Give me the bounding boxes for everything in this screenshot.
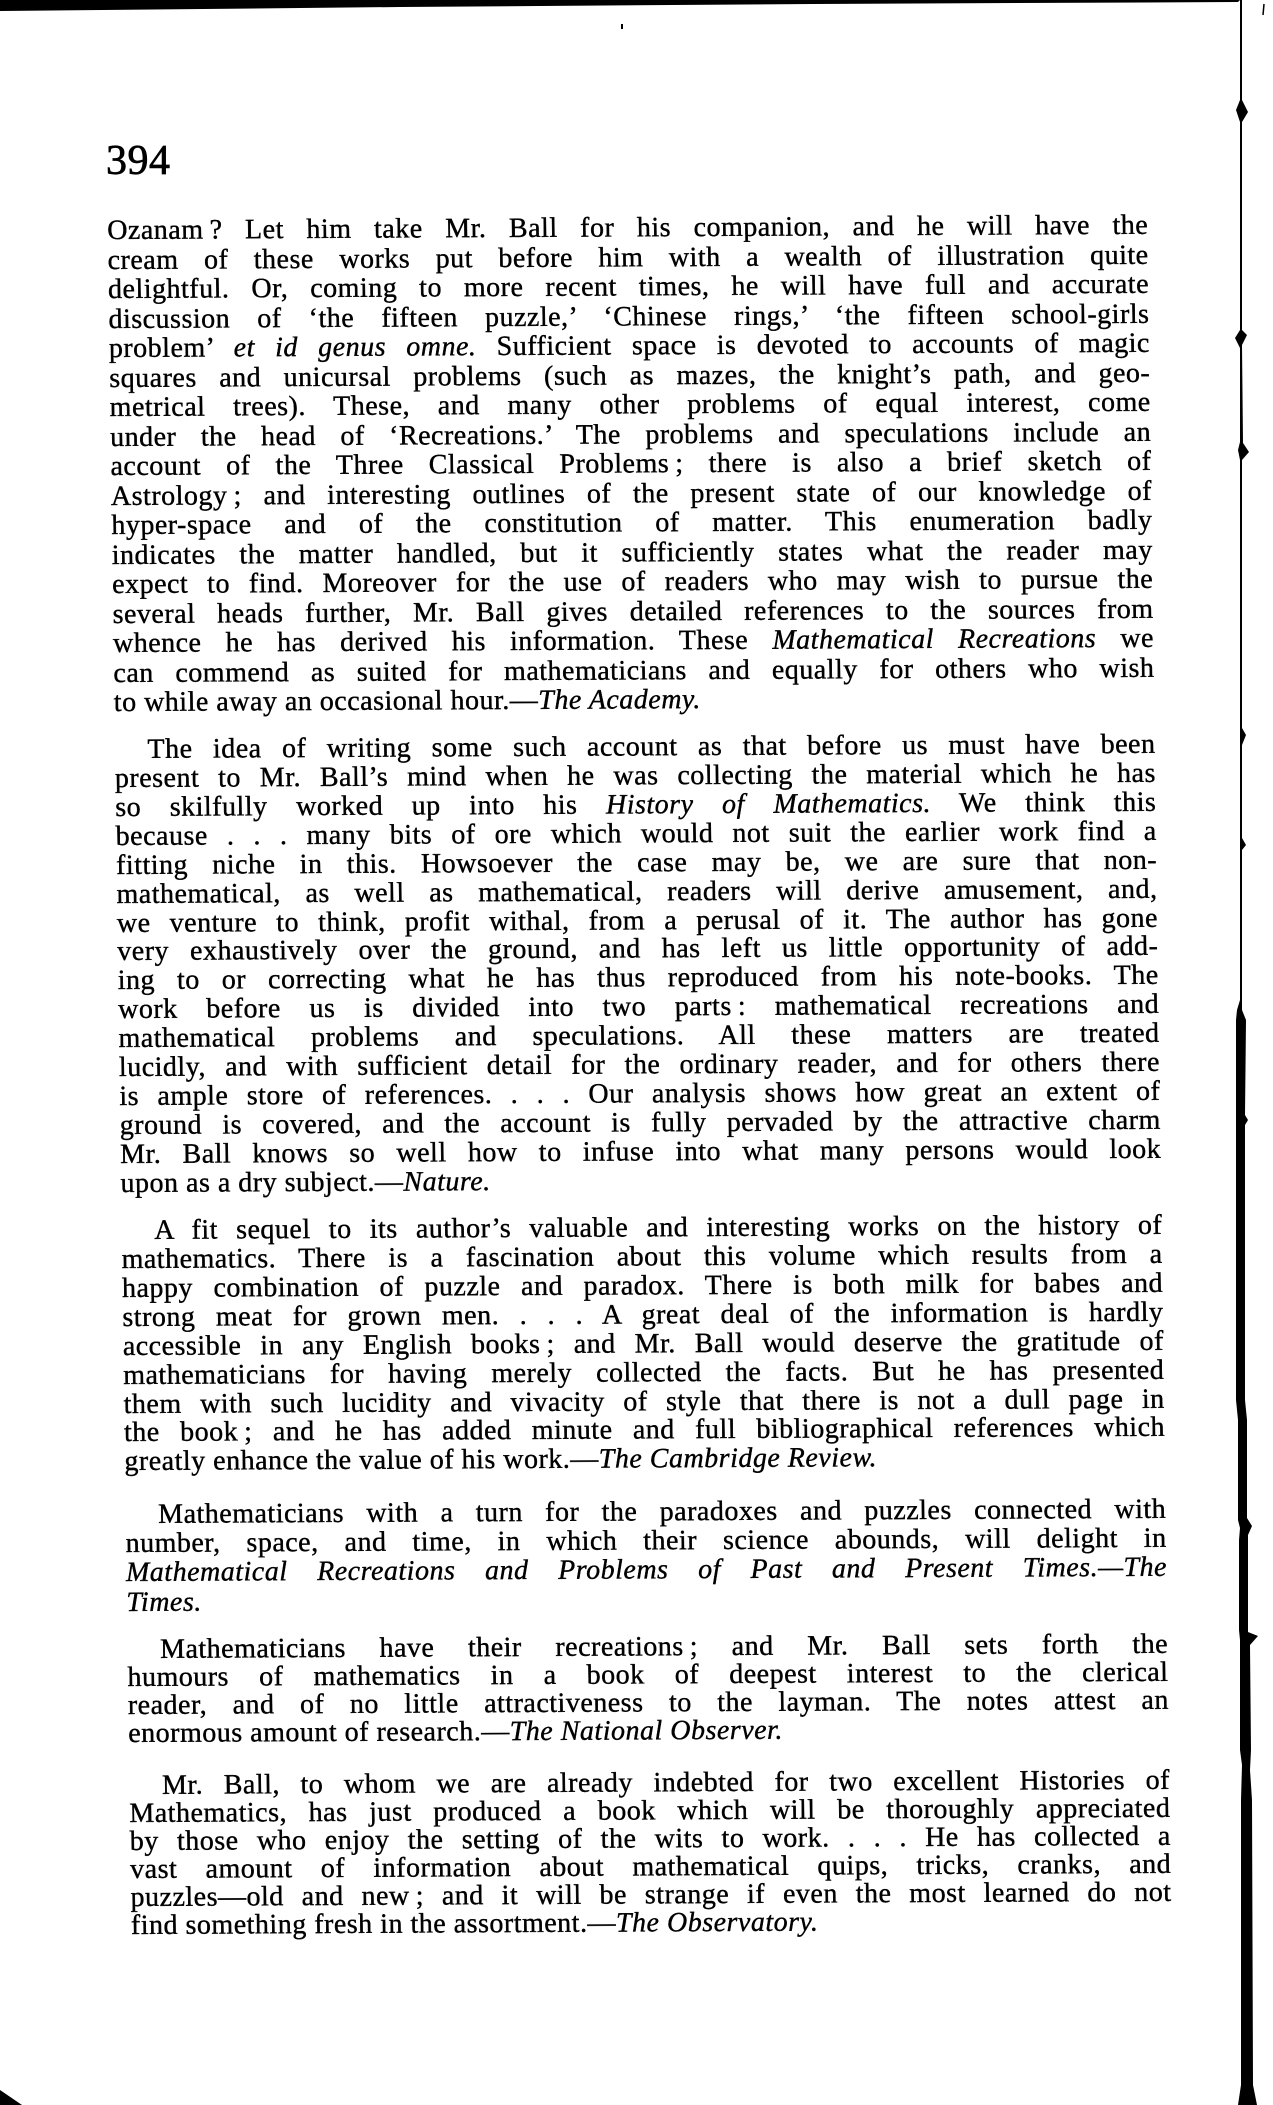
text-line: Mr. Ball knows so well how to infuse int… [120, 1136, 1161, 1170]
text-run: upon as a dry subject.— [120, 1166, 403, 1198]
text-run: problem’ [109, 332, 234, 364]
text-run: enormous amount of research.— [128, 1716, 510, 1749]
right-binding-edge [1235, 0, 1258, 2105]
italic-text: et id genus omne. [233, 331, 476, 363]
text-line: find something fresh in the assortment.—… [131, 1906, 1172, 1939]
text-line: to while away an occasional hour.—The Ac… [114, 683, 1155, 718]
review-the-observatory: Mr. Ball, to whom we are already indebte… [129, 1766, 1172, 1939]
italic-text: Times. [126, 1586, 202, 1617]
review-the-cambridge-review: A fit sequel to its author’s valuable an… [121, 1212, 1166, 1477]
italic-text: The National Observer. [510, 1714, 784, 1746]
italic-text: History of Mathematics. [606, 788, 931, 821]
text-run: to while away an occasional hour.— [114, 685, 539, 718]
text-line: can commend as suited for mathematicians… [113, 653, 1154, 688]
book-page: 394 Ozanam ? Let him take Mr. Ball for h… [0, 0, 1273, 2105]
text-run: We think this [931, 787, 1157, 819]
page-number: 394 [106, 140, 171, 182]
review-the-national-observer: Mathematicians have their recreations ; … [127, 1630, 1170, 1747]
page-body-text: Ozanam ? Let him take Mr. Ball for his c… [107, 211, 1173, 1976]
text-run: can commend as suited for mathematicians… [113, 652, 1154, 688]
bottom-left-corner-mark [0, 2090, 22, 2105]
italic-text: The Observatory. [616, 1906, 819, 1938]
review-the-times: Mathematicians with a turn for the parad… [125, 1495, 1168, 1617]
italic-text: The Cambridge Review. [599, 1443, 878, 1475]
top-edge-shadow [0, 0, 1240, 11]
top-right-mark [1263, 4, 1264, 15]
text-line: greatly enhance the value of his work.—T… [124, 1443, 1165, 1477]
text-run: we [1096, 623, 1154, 654]
review-the-academy: Ozanam ? Let him take Mr. Ball for his c… [107, 211, 1155, 718]
text-line: Mathematical Recreations and Problems of… [126, 1553, 1167, 1587]
text-line: upon as a dry subject.—Nature. [120, 1164, 1161, 1198]
italic-text: Mathematical Recreations [772, 623, 1096, 656]
review-nature: The idea of writing some such account as… [114, 731, 1161, 1199]
text-run: find something fresh in the assortment.— [131, 1907, 616, 1940]
italic-text: The Academy. [538, 684, 701, 716]
text-run: Mr. Ball knows so well how to infuse int… [120, 1134, 1161, 1170]
italic-text: Mathematical Recreations and Problems of… [126, 1552, 1167, 1588]
text-line: enormous amount of research.—The Nationa… [128, 1714, 1169, 1747]
text-run: greatly enhance the value of his work.— [124, 1444, 599, 1477]
top-center-mark [621, 24, 623, 29]
italic-text: Nature. [403, 1166, 491, 1197]
